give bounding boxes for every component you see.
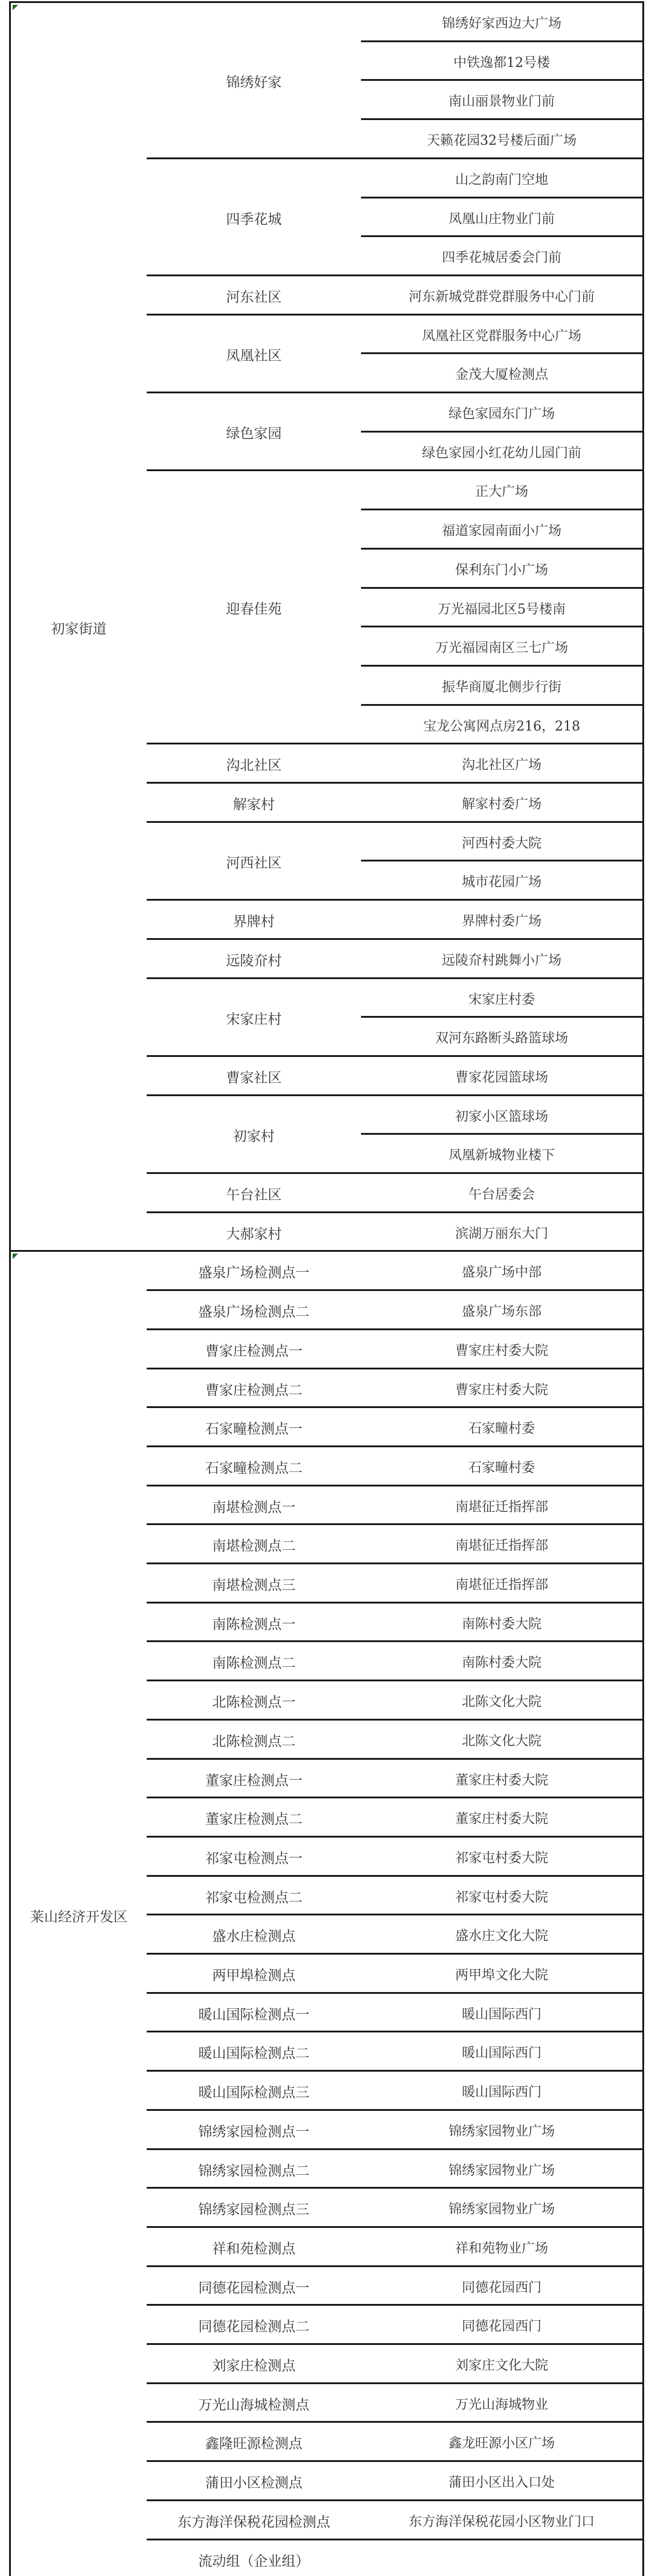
site-cell-text: 河西村委大院: [462, 833, 542, 852]
subgroup-cell: 暖山国际检测点一: [145, 1992, 361, 2032]
site-cell: 宋家庄村委: [359, 977, 644, 1018]
subgroup-cell-text: 盛泉广场检测点二: [199, 1301, 310, 1321]
site-cell-text: 南陈村委大院: [462, 1614, 542, 1632]
subgroup-cell-text: 南堪检测点三: [213, 1574, 296, 1594]
site-cell-text: 石家疃村委: [468, 1418, 535, 1437]
site-cell: 南陈村委大院: [359, 1602, 644, 1642]
site-cell: 界牌村委广场: [359, 899, 644, 940]
site-cell: 祥和苑物业广场: [359, 2226, 644, 2267]
site-cell: 锦绣家园物业广场: [359, 2109, 644, 2150]
site-cell-text: 福道家园南面小广场: [442, 521, 561, 539]
site-cell-text: 董家庄村委大院: [455, 1809, 548, 1827]
subgroup-cell-text: 暖山国际检测点三: [199, 2081, 310, 2101]
subgroup-cell-text: 石家疃检测点二: [205, 1457, 302, 1477]
site-cell-text: 双河东路断头路篮球场: [435, 1028, 568, 1047]
site-cell: 解家村委广场: [359, 782, 644, 823]
subgroup-cell-text: 河西社区: [226, 852, 282, 872]
site-cell: 蒲田小区出入口处: [359, 2460, 644, 2501]
site-cell: 董家庄村委大院: [359, 1797, 644, 1838]
subgroup-cell: 初家村: [145, 1094, 361, 1174]
subgroup-cell-text: 界牌村: [233, 910, 275, 930]
site-cell-text: 东方海洋保税花园小区物业门口: [409, 2511, 595, 2530]
site-cell-text: 鑫龙旺源小区广场: [449, 2433, 555, 2452]
subgroup-cell: 远陵夼村: [145, 938, 361, 979]
site-cell-text: 万光福园南区三七广场: [435, 638, 568, 656]
site-cell-text: 盛泉广场东部: [462, 1301, 542, 1320]
site-cell: 盛水庄文化大院: [359, 1914, 644, 1955]
subgroup-cell-text: 曹家庄检测点二: [205, 1379, 302, 1399]
site-cell-text: 午台居委会: [468, 1184, 535, 1203]
site-cell-text: 刘家庄文化大院: [455, 2355, 548, 2374]
site-cell-text: 凤凰新城物业楼下: [449, 1145, 555, 1164]
subgroup-cell: 万光山海城检测点: [145, 2382, 361, 2423]
site-cell: 万光福园北区5号楼南: [359, 587, 644, 627]
site-cell-text: 沟北社区广场: [462, 755, 542, 773]
subgroup-cell-text: 北陈检测点一: [213, 1691, 296, 1711]
site-cell-text: 南山丽景物业门前: [449, 91, 555, 110]
subgroup-cell-text: 董家庄检测点二: [205, 1808, 302, 1828]
subgroup-cell-text: 曹家社区: [226, 1067, 282, 1087]
subgroup-cell: 同德花园检测点一: [145, 2265, 361, 2306]
site-cell-text: 锦绣家园物业广场: [449, 2160, 555, 2179]
site-cell: 凤凰山庄物业门前: [359, 197, 644, 237]
site-cell: 锦绣家园物业广场: [359, 2148, 644, 2189]
subgroup-cell: 锦绣家园检测点二: [145, 2148, 361, 2189]
site-cell-text: 解家村委广场: [462, 794, 542, 813]
site-cell-text: 锦绣好家西边大广场: [442, 13, 561, 32]
site-cell-text: 河东新城党群党群服务中心门前: [409, 287, 595, 305]
site-cell-text: 界牌村委广场: [462, 911, 542, 930]
subgroup-cell: 东方海洋保税花园检测点: [145, 2499, 361, 2540]
subgroup-cell-text: 祁家屯检测点一: [205, 1847, 302, 1867]
site-cell-text: 两甲埠文化大院: [455, 1965, 548, 1984]
subgroup-cell-text: 锦绣家园检测点三: [199, 2198, 310, 2218]
subgroup-cell-text: 曹家庄检测点一: [205, 1340, 302, 1360]
site-cell-text: 南陈村委大院: [462, 1652, 542, 1671]
subgroup-cell-text: 大郝家村: [226, 1223, 282, 1243]
site-cell-text: 天籁花园32号楼后面广场: [427, 130, 577, 149]
subgroup-cell: 锦绣家园检测点三: [145, 2187, 361, 2228]
site-cell-text: 绿色家园东门广场: [449, 404, 555, 422]
site-cell-text: 曹家花园篮球场: [455, 1067, 548, 1086]
site-cell-text: 暖山国际西门: [462, 2043, 542, 2061]
site-cell: 祁家屯村委大院: [359, 1875, 644, 1915]
subgroup-cell-text: 南陈检测点一: [213, 1613, 296, 1633]
subgroup-cell: 祥和苑检测点: [145, 2226, 361, 2267]
subgroup-cell: 盛水庄检测点: [145, 1914, 361, 1955]
subgroup-cell: 河西社区: [145, 821, 361, 901]
subgroup-cell: 两甲埠检测点: [145, 1953, 361, 1994]
subgroup-cell-text: 锦绣好家: [226, 71, 282, 91]
subgroup-cell-text: 万光山海城检测点: [199, 2394, 310, 2414]
subgroup-cell: 石家疃检测点二: [145, 1445, 361, 1486]
site-cell-text: 宋家庄村委: [468, 989, 535, 1008]
subgroup-cell-text: 远陵夼村: [226, 950, 282, 969]
site-cell: 南堪征迁指挥部: [359, 1562, 644, 1604]
district-cell-text: 初家街道: [51, 618, 107, 638]
site-cell-text: 远陵夼村跳舞小广场: [442, 950, 561, 969]
subgroup-cell-text: 暖山国际检测点二: [199, 2042, 310, 2062]
subgroup-cell-text: 南陈检测点二: [213, 1652, 296, 1672]
subgroup-cell: 盛泉广场检测点二: [145, 1289, 361, 1330]
subgroup-cell-text: 石家疃检测点一: [205, 1418, 302, 1438]
site-cell-text: 凤凰山庄物业门前: [449, 209, 555, 227]
site-cell: 金茂大厦检测点: [359, 352, 644, 393]
subgroup-cell: 界牌村: [145, 899, 361, 940]
subgroup-cell-text: 迎春佳苑: [226, 598, 282, 618]
site-cell: 暖山国际西门: [359, 2031, 644, 2072]
subgroup-cell-text: 北陈检测点二: [213, 1730, 296, 1750]
site-cell-text: 初家小区篮球场: [455, 1106, 548, 1125]
site-cell: 宝龙公寓网点房216，218: [359, 704, 644, 744]
subgroup-cell-text: 宋家庄村: [226, 1008, 282, 1028]
subgroup-cell-text: 解家村: [233, 793, 275, 813]
site-cell: 正大广场: [359, 469, 644, 510]
site-cell-text: 四季花城居委会门前: [442, 247, 561, 266]
subgroup-cell: 南堪检测点三: [145, 1562, 361, 1604]
subgroup-cell-text: 午台社区: [226, 1184, 282, 1204]
subgroup-cell-text: 祁家屯检测点二: [205, 1886, 302, 1906]
subgroup-cell: 曹家庄检测点二: [145, 1368, 361, 1408]
subgroup-cell: 沟北社区: [145, 743, 361, 784]
site-cell: 石家疃村委: [359, 1406, 644, 1447]
site-cell: 双河东路断头路篮球场: [359, 1016, 644, 1057]
site-cell-text: 暖山国际西门: [462, 2082, 542, 2101]
site-cell: 天籁花园32号楼后面广场: [359, 118, 644, 159]
site-cell-text: 宝龙公寓网点房216，218: [423, 716, 580, 735]
site-cell: 凤凰新城物业楼下: [359, 1133, 644, 1174]
site-cell: 盛泉广场中部: [359, 1250, 644, 1291]
site-cell: 滨湖万丽东大门: [359, 1211, 644, 1252]
site-cell: 万光福园南区三七广场: [359, 626, 644, 667]
subgroup-cell: 宋家庄村: [145, 977, 361, 1057]
site-cell: 曹家庄村委大院: [359, 1328, 644, 1369]
subgroup-cell: 蒲田小区检测点: [145, 2460, 361, 2501]
site-cell-text: 同德花园西门: [462, 2316, 542, 2335]
site-cell: 曹家花园篮球场: [359, 1055, 644, 1096]
subgroup-cell: 同德花园检测点二: [145, 2304, 361, 2345]
site-cell: 石家疃村委: [359, 1445, 644, 1486]
site-cell: 山之韵南门空地: [359, 157, 644, 198]
site-cell-text: 蒲田小区出入口处: [449, 2472, 555, 2491]
site-cell: 万光山海城物业: [359, 2382, 644, 2423]
subgroup-cell-text: 东方海洋保税花园检测点: [177, 2511, 330, 2531]
subgroup-cell: 董家庄检测点二: [145, 1797, 361, 1838]
subgroup-cell: 迎春佳苑: [145, 469, 361, 744]
subgroup-cell-text: 祥和苑检测点: [213, 2238, 296, 2257]
subgroup-cell-text: 绿色家园: [226, 422, 282, 442]
site-cell-text: 南堪征迁指挥部: [455, 1575, 548, 1593]
site-cell-text: 锦绣家园物业广场: [449, 2199, 555, 2218]
cell-marker-icon: [13, 1254, 18, 1259]
site-cell: 锦绣好家西边大广场: [359, 1, 644, 42]
subgroup-cell-text: 南堪检测点一: [213, 1496, 296, 1516]
site-cell: 同德花园西门: [359, 2265, 644, 2306]
subgroup-cell: 解家村: [145, 782, 361, 823]
subgroup-cell-text: 同德花园检测点一: [199, 2277, 310, 2297]
subgroup-cell: 南堪检测点二: [145, 1523, 361, 1564]
site-cell-text: 中铁逸都12号楼: [453, 52, 550, 71]
site-cell: 北陈文化大院: [359, 1680, 644, 1721]
subgroup-cell: 锦绣好家: [145, 1, 361, 159]
subgroup-cell: 南堪检测点一: [145, 1485, 361, 1525]
subgroup-cell: 暖山国际检测点二: [145, 2031, 361, 2072]
subgroup-cell-text: 蒲田小区检测点: [205, 2472, 302, 2492]
subgroup-cell-text: 盛泉广场检测点一: [199, 1261, 310, 1281]
subgroup-cell: 曹家庄检测点一: [145, 1328, 361, 1369]
subgroup-cell: 祁家屯检测点二: [145, 1875, 361, 1915]
subgroup-cell: 大郝家村: [145, 1211, 361, 1252]
site-cell: 河西村委大院: [359, 821, 644, 861]
cell-marker-icon: [13, 5, 18, 10]
subgroup-cell-text: 锦绣家园检测点一: [199, 2121, 310, 2140]
site-cell-text: 南堪征迁指挥部: [455, 1497, 548, 1515]
district-cell-text: 莱山经济开发区: [30, 1906, 127, 1926]
site-cell: 初家小区篮球场: [359, 1094, 644, 1135]
site-cell-text: 北陈文化大院: [462, 1692, 542, 1710]
site-cell: 绿色家园小红花幼儿园门前: [359, 431, 644, 471]
subgroup-cell: 锦绣家园检测点一: [145, 2109, 361, 2150]
site-cell: 南堪征迁指挥部: [359, 1485, 644, 1525]
site-cell-text: 滨湖万丽东大门: [455, 1223, 548, 1242]
subgroup-cell: 凤凰社区: [145, 314, 361, 393]
site-cell-text: 城市花园广场: [462, 872, 542, 890]
site-cell-text: 绿色家园小红花幼儿园门前: [422, 443, 581, 462]
district-cell: 初家街道: [9, 1, 147, 1252]
site-cell: 凤凰社区党群服务中心广场: [359, 314, 644, 354]
site-cell: 振华商厦北侧步行街: [359, 665, 644, 706]
site-cell-text: 盛水庄文化大院: [455, 1926, 548, 1944]
subgroup-cell: 绿色家园: [145, 392, 361, 471]
site-cell-text: 南堪征迁指挥部: [455, 1535, 548, 1554]
subgroup-cell: 石家疃检测点一: [145, 1406, 361, 1447]
site-cell: 河东新城党群党群服务中心门前: [359, 274, 644, 316]
site-cell: 中铁逸都12号楼: [359, 40, 644, 81]
site-cell: 祁家屯村委大院: [359, 1836, 644, 1877]
district-cell: 莱山经济开发区: [9, 1250, 147, 2576]
site-cell: 远陵夼村跳舞小广场: [359, 938, 644, 979]
site-cell-text: 振华商厦北侧步行街: [442, 677, 561, 696]
site-cell-text: 祁家屯村委大院: [455, 1848, 548, 1867]
site-cell-text: 祥和苑物业广场: [455, 2238, 548, 2257]
site-cell-text: 北陈文化大院: [462, 1731, 542, 1750]
subgroup-cell: 董家庄检测点一: [145, 1758, 361, 1798]
site-cell: 南陈村委大院: [359, 1640, 644, 1681]
site-cell-text: 万光福园北区5号楼南: [438, 599, 566, 618]
subgroup-cell-text: 南堪检测点二: [213, 1535, 296, 1555]
subgroup-cell: 河东社区: [145, 274, 361, 316]
testing-sites-table: 锦绣好家西边大广场中铁逸都12号楼南山丽景物业门前天籁花园32号楼后面广场锦绣好…: [0, 0, 652, 2576]
site-cell-text: 万光山海城物业: [455, 2394, 548, 2413]
subgroup-cell-text: 初家村: [233, 1125, 275, 1145]
site-cell: 锦绣家园物业广场: [359, 2187, 644, 2228]
subgroup-cell-text: 盛水庄检测点: [213, 1925, 296, 1945]
site-cell-text: 盛泉广场中部: [462, 1262, 542, 1281]
subgroup-cell-text: 沟北社区: [226, 754, 282, 774]
site-cell: 沟北社区广场: [359, 743, 644, 784]
site-cell-text: 金茂大厦检测点: [455, 364, 548, 383]
site-cell-text: 曹家庄村委大院: [455, 1340, 548, 1359]
site-cell-text: 山之韵南门空地: [455, 170, 548, 188]
site-cell: 两甲埠文化大院: [359, 1953, 644, 1994]
subgroup-cell-text: 两甲埠检测点: [213, 1964, 296, 1984]
subgroup-cell-text: 四季花城: [226, 208, 282, 228]
subgroup-cell: 南陈检测点二: [145, 1640, 361, 1681]
subgroup-cell: 北陈检测点二: [145, 1719, 361, 1760]
site-cell-text: 正大广场: [475, 481, 528, 500]
subgroup-cell-text: 同德花园检测点二: [199, 2315, 310, 2335]
site-cell: 刘家庄文化大院: [359, 2343, 644, 2384]
site-cell: 绿色家园东门广场: [359, 392, 644, 433]
site-cell: 南堪征迁指挥部: [359, 1523, 644, 1564]
site-cell-text: 同德花园西门: [462, 2277, 542, 2296]
subgroup-cell: 流动组（企业组）: [145, 2539, 361, 2576]
site-cell: 暖山国际西门: [359, 2070, 644, 2111]
subgroup-cell: 南陈检测点一: [145, 1602, 361, 1642]
site-cell: 董家庄村委大院: [359, 1758, 644, 1798]
site-cell: 同德花园西门: [359, 2304, 644, 2345]
site-cell: 南山丽景物业门前: [359, 79, 644, 120]
subgroup-cell-text: 鑫隆旺源检测点: [205, 2432, 302, 2452]
subgroup-cell-text: 暖山国际检测点一: [199, 2003, 310, 2023]
site-cell-text: 凤凰社区党群服务中心广场: [422, 326, 581, 344]
site-cell: [359, 2539, 644, 2576]
subgroup-cell-text: 刘家庄检测点: [213, 2355, 296, 2375]
subgroup-cell-text: 凤凰社区: [226, 344, 282, 364]
subgroup-cell: 刘家庄检测点: [145, 2343, 361, 2384]
subgroup-cell-text: 流动组（企业组）: [199, 2550, 310, 2570]
site-cell-text: 祁家屯村委大院: [455, 1887, 548, 1906]
subgroup-cell: 午台社区: [145, 1172, 361, 1213]
site-cell: 保利东门小广场: [359, 548, 644, 589]
site-cell: 盛泉广场东部: [359, 1289, 644, 1330]
site-cell: 鑫龙旺源小区广场: [359, 2421, 644, 2462]
site-cell-text: 保利东门小广场: [455, 560, 548, 579]
subgroup-cell: 盛泉广场检测点一: [145, 1250, 361, 1291]
site-cell-text: 曹家庄村委大院: [455, 1380, 548, 1398]
subgroup-cell: 四季花城: [145, 157, 361, 276]
subgroup-cell-text: 董家庄检测点一: [205, 1769, 302, 1789]
subgroup-cell: 鑫隆旺源检测点: [145, 2421, 361, 2462]
site-cell-text: 锦绣家园物业广场: [449, 2121, 555, 2140]
subgroup-cell-text: 锦绣家园检测点二: [199, 2160, 310, 2180]
site-cell: 北陈文化大院: [359, 1719, 644, 1760]
subgroup-cell: 暖山国际检测点三: [145, 2070, 361, 2111]
subgroup-cell: 祁家屯检测点一: [145, 1836, 361, 1877]
subgroup-cell: 北陈检测点一: [145, 1680, 361, 1721]
subgroup-cell: 曹家社区: [145, 1055, 361, 1096]
site-cell: 曹家庄村委大院: [359, 1368, 644, 1408]
site-cell: 东方海洋保税花园小区物业门口: [359, 2499, 644, 2540]
site-cell: 午台居委会: [359, 1172, 644, 1213]
site-cell: 四季花城居委会门前: [359, 235, 644, 276]
site-cell: 城市花园广场: [359, 860, 644, 901]
subgroup-cell-text: 河东社区: [226, 286, 282, 306]
site-cell: 福道家园南面小广场: [359, 509, 644, 550]
site-cell-text: 董家庄村委大院: [455, 1770, 548, 1789]
site-cell: 暖山国际西门: [359, 1992, 644, 2032]
site-cell-text: 暖山国际西门: [462, 2004, 542, 2023]
site-cell-text: 石家疃村委: [468, 1458, 535, 1476]
